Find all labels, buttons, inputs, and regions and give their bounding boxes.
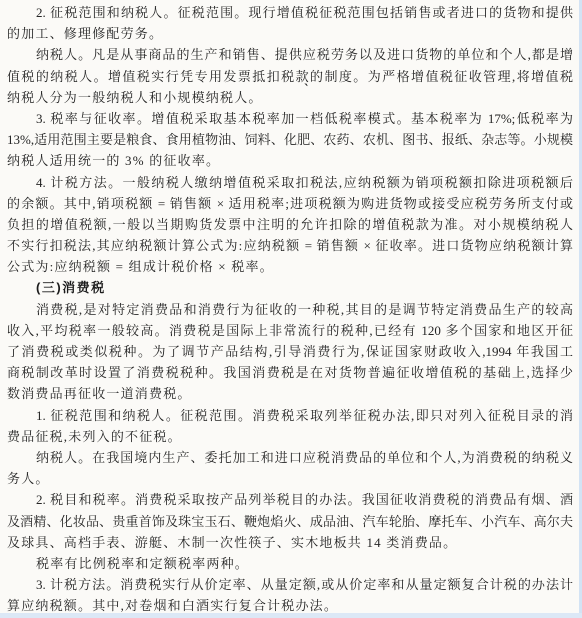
- text-line: 3. 税率与征收率。增值税采取基本税率加一档低税率模式。基本税率为 17%;低税…: [7, 108, 573, 129]
- text-line: 3. 计税方法。消费税实行从价定率、从量定额,或从价定率和从量定额复合计税的办法…: [7, 574, 573, 595]
- text-line: 税率有比例税率和定额税率两种。: [7, 553, 573, 574]
- text-line: 纳税人。凡是从事商品的生产和销售、提供应税劳务以及进口货物的单位和个人,都是增: [7, 44, 573, 65]
- text-line: 1. 征税范围和纳税人。征税范围。消费税采取列举征税办法,即只对列入征税目录的消: [7, 405, 573, 426]
- text-line: 及酒精、化妆品、贵重首饰及珠宝玉石、鞭炮焰火、成品油、汽车轮胎、摩托车、小汽车、…: [7, 511, 573, 532]
- text-line: 值税的纳税人。增值税实行凭专用发票抵扣税款的制度。为严格增值税征收管理,将增值税: [7, 66, 573, 87]
- text-line: 费品征税,未列入的不征税。: [7, 426, 573, 447]
- text-line: 公式为:应纳税额 = 组成计税价格 × 税率。: [7, 256, 573, 277]
- text-line: 纳税人。在我国境内生产、委托加工和进口应税消费品的单位和个人,为消费税的纳税义: [7, 447, 573, 468]
- text-line: 纳税人分为一般纳税人和小规模纳税人。: [7, 87, 573, 108]
- text-line: 13%,适用范围主要是粮食、食用植物油、饲料、化肥、农药、农机、图书、报纸、杂志…: [7, 129, 573, 150]
- text-line: 负担的增值税额,一般以当期购货发票中注明的允许扣除的增值税款为准。对小规模纳税人: [7, 214, 573, 235]
- text-line: 消费税,是对特定消费品和消费行为征收的一种税,其目的是调节特定消费品生产的较高: [7, 299, 573, 320]
- text-line: 商税制改革时设置了消费税税种。我国消费税是在对货物普遍征收增值税的基础上,选择少: [7, 362, 573, 383]
- text-line: 数消费品再征收一道消费税。: [7, 383, 573, 404]
- text-line: 2. 税目和税率。消费税采取按产品列举税目的办法。我国征收消费税的消费品有烟、酒: [7, 489, 573, 510]
- text-line: 的加工、修理修配劳务。: [7, 23, 573, 44]
- text-line: 不实行扣税法,其应纳税额计算公式为:应纳税额 = 销售额 × 征收率。进口货物应…: [7, 235, 573, 256]
- text-line: 收入,平均税率一般较高。消费税是国际上非常流行的税种,已经有 120 多个国家和…: [7, 320, 573, 341]
- section-heading: (三)消费税: [7, 277, 573, 298]
- text-line: 4. 计税方法。一般纳税人缴纳增值税采取扣税法,应纳税额为销项税额扣除进项税额后: [7, 172, 573, 193]
- text-line: 的余额。其中,销项税额 = 销售额 × 适用税率;进项税额为购进货物或接受应税劳…: [7, 193, 573, 214]
- scan-edge-bottom: [0, 613, 582, 618]
- text-line: 及球具、高档手表、游艇、木制一次性筷子、实木地板共 14 类消费品。: [7, 532, 573, 553]
- text-line: 务人。: [7, 468, 573, 489]
- text-line: 了消费税或类似税种。为了调节产品结构,引导消费行为,保证国家财政收入,1994 …: [7, 341, 573, 362]
- page-text-block: 2. 征税范围和纳税人。征税范围。现行增值税征税范围包括销售或者进口的货物和提供…: [7, 2, 573, 616]
- document-page: 2. 征税范围和纳税人。征税范围。现行增值税征税范围包括销售或者进口的货物和提供…: [0, 0, 582, 618]
- text-line: 纳税人适用统一的 3% 的征收率。: [7, 150, 573, 171]
- text-line: 2. 征税范围和纳税人。征税范围。现行增值税征税范围包括销售或者进口的货物和提供: [7, 2, 573, 23]
